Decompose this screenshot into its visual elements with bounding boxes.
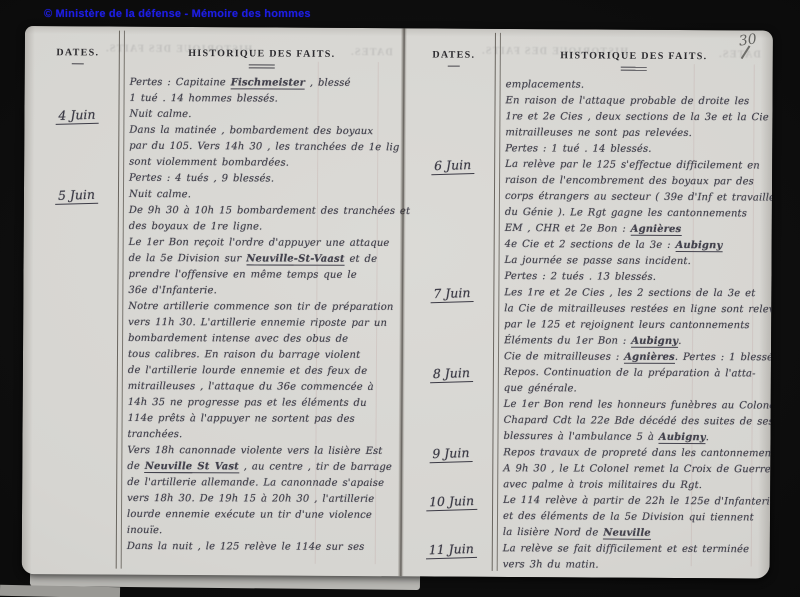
entry-date: 9 Juin: [430, 445, 474, 463]
entry-text: Repos. Continuation de la préparation à …: [496, 365, 773, 447]
page-left: HISTORIQUE DES FAITS. DATES. DATES. HIST…: [30, 30, 401, 570]
handwritten-line: raison de l'encombrement des boyaux par …: [505, 173, 773, 191]
entry-text: Pertes : Capitaine Fischmeister , blessé…: [123, 75, 401, 109]
journal-entry: 6 JuinLa relève par le 125 s'effectue di…: [407, 156, 768, 286]
facts-header-label: HISTORIQUE DES FAITS.: [188, 48, 335, 60]
handwritten-line: de Neuville St Vast , au centre , tir de…: [127, 459, 408, 476]
entry-date: 7 Juin: [431, 285, 475, 303]
handwritten-line: Cie de mitrailleuses : Agnières. Pertes …: [504, 349, 773, 366]
entry-text: Nuit calme.Dans la matinée , bombardemen…: [122, 107, 400, 189]
handwritten-line: La relève se fait difficilement et est t…: [503, 541, 766, 558]
handwritten-line: En raison de l'attaque probable de droit…: [506, 93, 773, 110]
handwritten-line: 36e d'Infanterie.: [128, 283, 409, 300]
entry-date: 11 Juin: [425, 541, 476, 559]
journal-entry: 7 JuinLes 1re et 2e Cies , les 2 section…: [407, 284, 767, 366]
handwritten-line: La journée se passe sans incident.: [505, 253, 773, 271]
journal-entry: 11 JuinLa relève se fait difficilement e…: [406, 540, 766, 574]
handwritten-line: Nuit calme.: [129, 107, 400, 125]
handwritten-line: que générale.: [504, 381, 773, 399]
journal-entry: 8 JuinRepos. Continuation de la préparat…: [406, 364, 766, 446]
register-double-page-scan: HISTORIQUE DES FAITS. DATES. DATES. HIST…: [22, 26, 773, 579]
handwritten-line: avec palme à trois militaires du Rgt.: [503, 477, 773, 494]
handwritten-line: Pertes : 1 tué . 14 blessés.: [505, 141, 773, 158]
journal-entry: emplacements.En raison de l'attaque prob…: [408, 76, 768, 158]
handwritten-line: Éléments du 1er Bon : Aubigny.: [504, 333, 773, 350]
handwritten-line: tous calibres. En raison du barrage viol…: [128, 347, 409, 364]
handwritten-line: par du 105. Vers 14h 30 , les tranchées …: [129, 139, 400, 157]
handwritten-line: des boyaux de 1re ligne.: [129, 219, 410, 236]
handwritten-line: Dans la matinée , bombardement des boyau…: [129, 123, 400, 141]
scan-viewer-background: © Ministère de la défense - Mémoire des …: [0, 0, 800, 597]
header-dash: [72, 63, 84, 64]
handwritten-line: A 9h 30 , le Lt Colonel remet la Croix d…: [503, 461, 773, 478]
journal-entry: 9 JuinRepos travaux de propreté dans les…: [406, 444, 766, 494]
handwritten-line: Pertes : 4 tués , 9 blessés.: [129, 171, 400, 189]
handwritten-line: Dans la nuit , le 125 relève le 114e sur…: [127, 539, 408, 556]
entry-date: 8 Juin: [430, 365, 474, 383]
journal-entry: 4 JuinNuit calme.Dans la matinée , bomba…: [32, 106, 400, 188]
header-rule: [621, 67, 647, 71]
handwritten-line: Notre artillerie commence son tir de pré…: [128, 299, 409, 316]
page-body: Pertes : Capitaine Fischmeister , blessé…: [30, 72, 401, 556]
journal-entry: 10 JuinLe 114 relève à partir de 22h le …: [406, 492, 766, 542]
handwritten-line: Le 114 relève à partir de 22h le 125e d'…: [503, 493, 773, 511]
entry-text: Repos travaux de propreté dans les canto…: [496, 445, 773, 495]
handwritten-line: Le 1er Bon reçoit l'ordre d'appuyer une …: [129, 235, 410, 252]
handwritten-line: prendre l'offensive en même temps que le: [128, 267, 409, 284]
entry-date: 6 Juin: [431, 157, 475, 175]
page-body: emplacements.En raison de l'attaque prob…: [406, 74, 769, 574]
handwritten-line: de la 5e Division sur Neuville-St-Vaast …: [129, 251, 410, 268]
handwritten-line: mitrailleuses , l'attaque du 36e commenc…: [128, 379, 409, 396]
printed-header-row: DATES. HISTORIQUE DES FAITS.: [409, 32, 769, 76]
dates-header-label: DATES.: [432, 49, 475, 60]
entry-date-cell: 11 Juin: [406, 540, 496, 573]
handwritten-line: De 9h 30 à 10h 15 bombardement des tranc…: [129, 203, 410, 220]
entry-text: Nuit calme.De 9h 30 à 10h 15 bombardemen…: [120, 187, 411, 557]
handwritten-line: 14h 35 ne progresse pas et les éléments …: [128, 395, 409, 412]
handwritten-line: inouïe.: [127, 523, 408, 540]
handwritten-line: Repos. Continuation de la préparation à …: [504, 365, 773, 383]
handwritten-line: par le 125 et rejoignent leurs cantonnem…: [504, 317, 773, 334]
journal-entries: emplacements.En raison de l'attaque prob…: [406, 76, 769, 574]
entry-text: Les 1re et 2e Cies , les 2 sections de l…: [497, 285, 773, 367]
handwritten-line: Le 1er Bon rend les honneurs funèbres au…: [504, 397, 773, 415]
handwritten-line: emplacements.: [506, 77, 773, 94]
handwritten-line: 1 tué . 14 hommes blessés.: [130, 91, 401, 108]
facts-header: HISTORIQUE DES FAITS.: [499, 45, 769, 77]
handwritten-line: Les 1re et 2e Cies , les 2 sections de l…: [504, 285, 773, 302]
handwritten-line: Chapard Cdt la 22e Bde décédé des suites…: [504, 413, 773, 431]
handwritten-line: 1re et 2e Cies , deux sections de la 3e …: [505, 109, 773, 126]
header-dash: [448, 66, 460, 67]
handwritten-line: Vers 18h canonnade violente vers la lisi…: [127, 443, 408, 460]
entry-date-cell: 5 Juin: [30, 186, 122, 555]
entry-date-cell: 6 Juin: [407, 156, 498, 285]
dates-header-label: DATES.: [56, 47, 99, 58]
entry-date-cell: 4 Juin: [32, 106, 122, 187]
handwritten-line: tranchées.: [127, 427, 408, 444]
entry-date-cell: 8 Juin: [406, 364, 496, 445]
handwritten-line: corps étrangers au secteur ( 39e d'Inf e…: [505, 189, 773, 207]
entry-text: La relève se fait difficilement et est t…: [496, 541, 766, 575]
journal-entry: 5 JuinNuit calme.De 9h 30 à 10h 15 bomba…: [30, 186, 400, 556]
handwritten-line: bombardement intense avec des obus de: [128, 331, 409, 348]
handwritten-line: blessures à l'ambulance 5 à Aubigny.: [503, 429, 773, 447]
handwritten-line: lourde ennemie exécute un tir d'une viol…: [127, 507, 408, 524]
handwritten-line: mitrailleuses ne sont pas relevées.: [505, 125, 773, 142]
handwritten-line: La relève par le 125 s'effectue difficil…: [505, 157, 773, 175]
entry-date: 10 Juin: [425, 493, 476, 511]
handwritten-line: Pertes : Capitaine Fischmeister , blessé: [130, 75, 401, 92]
handwritten-line: et des éléments de la 5e Division qui ti…: [503, 509, 773, 527]
handwritten-line: la Cie de mitrailleuses restées en ligne…: [504, 301, 773, 318]
header-rule: [249, 64, 275, 68]
entry-date-cell: [408, 76, 498, 157]
entry-text: Le 114 relève à partir de 22h le 125e d'…: [496, 493, 773, 543]
copyright-credit: © Ministère de la défense - Mémoire des …: [44, 8, 311, 20]
handwritten-line: la lisière Nord de Neuville: [503, 525, 773, 543]
handwritten-line: de l'artillerie lourde ennemie et des fe…: [128, 363, 409, 380]
handwritten-line: Pertes : 2 tués . 13 blessés.: [504, 269, 773, 287]
handwritten-line: 4e Cie et 2 sections de la 3e : Aubigny: [505, 237, 773, 255]
handwritten-line: vers 11h 30. L'artillerie ennemie ripost…: [128, 315, 409, 332]
handwritten-line: vers 3h du matin.: [503, 557, 766, 574]
underlying-page-corner: [0, 585, 120, 597]
entry-date: 4 Juin: [56, 107, 100, 125]
entry-text: emplacements.En raison de l'attaque prob…: [498, 77, 773, 159]
facts-header-label: HISTORIQUE DES FAITS.: [560, 50, 707, 62]
handwritten-line: EM , CHR et 2e Bon : Agnières: [505, 221, 773, 239]
handwritten-line: Repos travaux de propreté dans les canto…: [503, 445, 773, 462]
entry-date-cell: 10 Juin: [406, 492, 496, 541]
dates-header: DATES.: [409, 44, 499, 75]
handwritten-line: sont violemment bombardées.: [129, 155, 400, 173]
printed-header-row: DATES. HISTORIQUE DES FAITS.: [33, 30, 401, 74]
page-right: HISTORIQUE DES FAITS. DATES. 30 DATES. H…: [406, 32, 769, 572]
handwritten-line: Nuit calme.: [129, 187, 410, 204]
entry-date-cell: [33, 74, 123, 107]
entry-text: La relève par le 125 s'effectue difficil…: [497, 157, 773, 287]
handwritten-line: du Génie ). Le Rgt gagne les cantonnemen…: [505, 205, 773, 223]
handwritten-line: de l'artillerie allemande. La canonnade …: [127, 475, 408, 492]
handwritten-line: vers 18h 30. De 19h 15 à 20h 30 , l'arti…: [127, 491, 408, 508]
entry-date-cell: 7 Juin: [407, 284, 497, 365]
journal-entry: Pertes : Capitaine Fischmeister , blessé…: [33, 74, 401, 108]
entry-date-cell: 9 Juin: [406, 444, 496, 493]
journal-entries: Pertes : Capitaine Fischmeister , blessé…: [30, 74, 401, 556]
entry-date: 5 Juin: [55, 187, 99, 205]
handwritten-line: 114e prêts à l'appuyer ne sortent pas de…: [128, 411, 409, 428]
facts-header: HISTORIQUE DES FAITS.: [123, 43, 401, 75]
dates-header: DATES.: [33, 42, 123, 73]
